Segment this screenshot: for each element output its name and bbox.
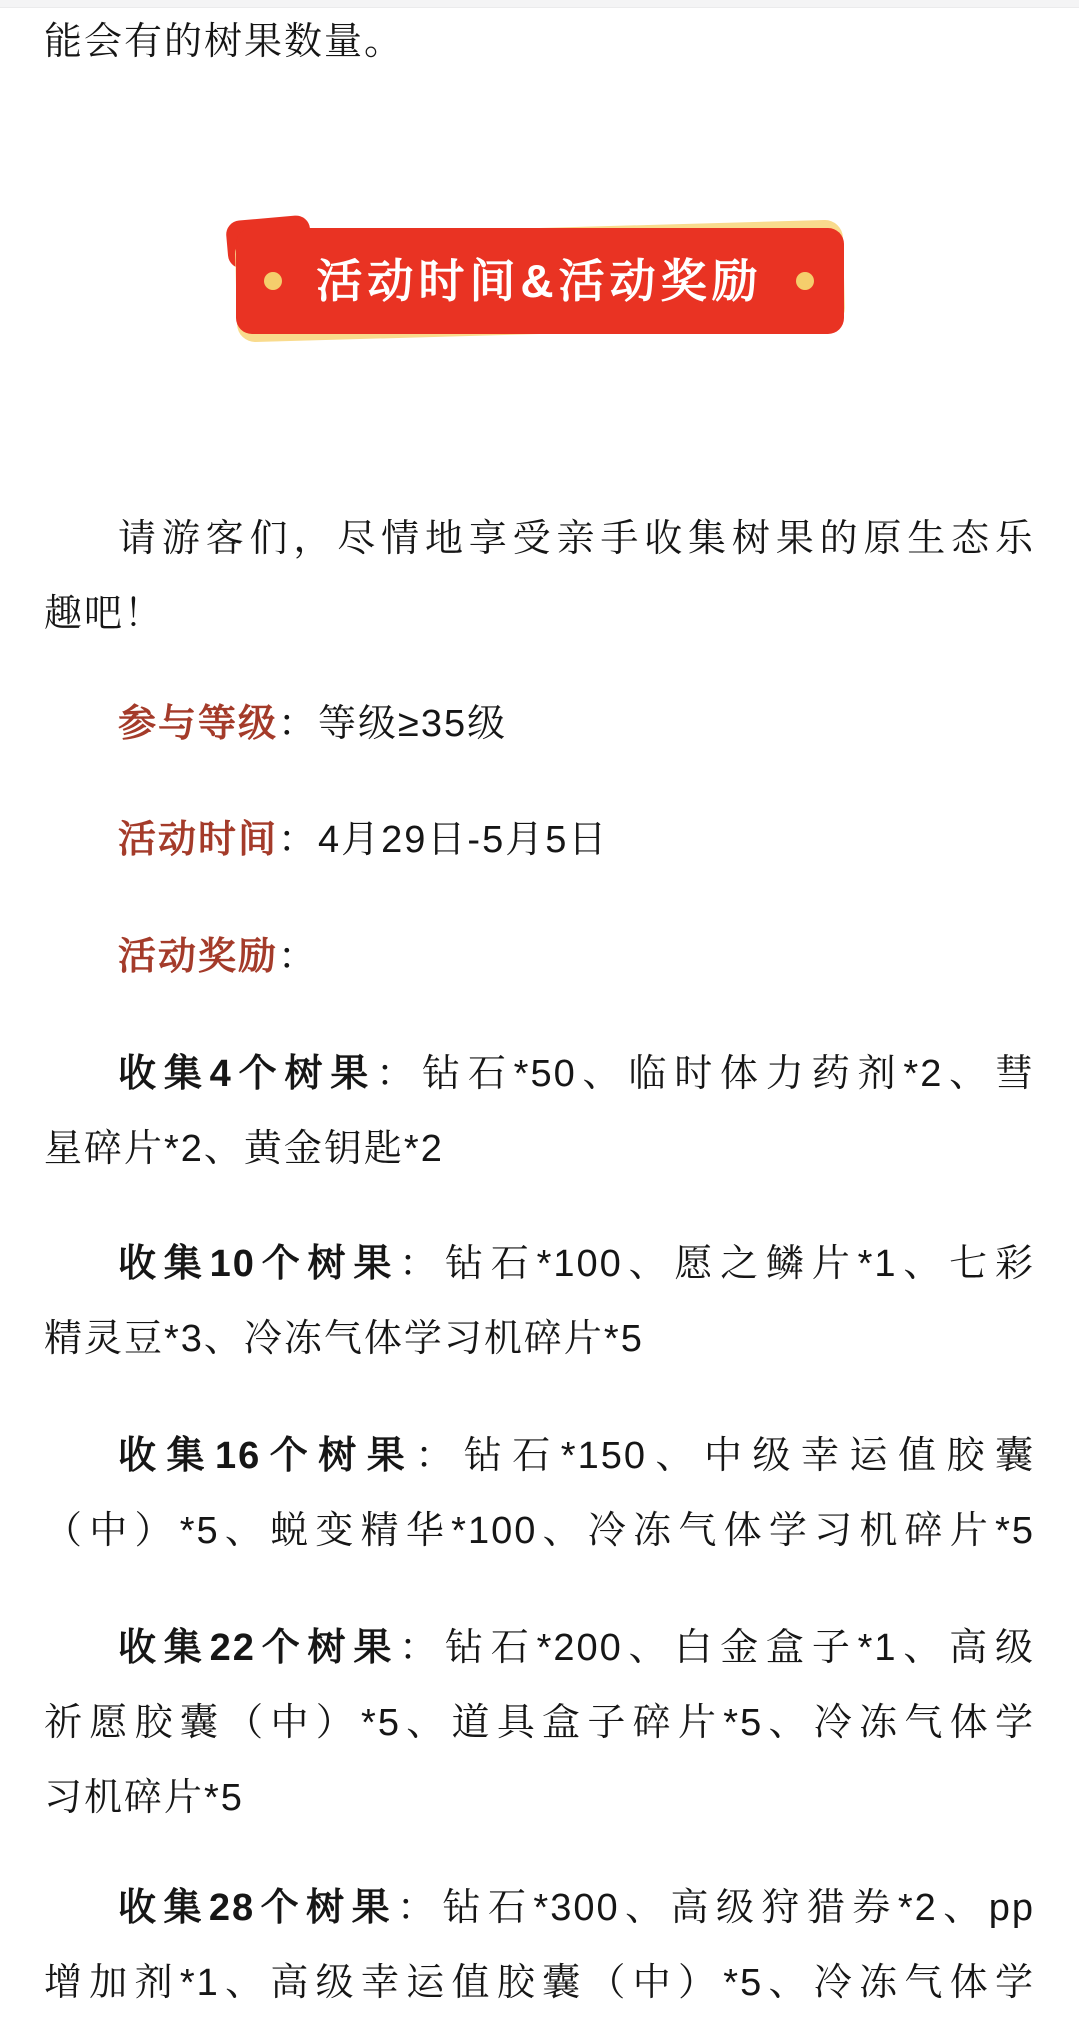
reward-tier-heading: 收集10个树果 [118, 1243, 399, 1285]
reward-tier-heading: 收集28个树果 [118, 1887, 397, 1929]
banner-dot-right-icon [796, 272, 814, 290]
article-page: 能会有的树果数量。 活动时间&活动奖励 请游客们，尽情地享受亲手收集树果的原生态… [0, 0, 1079, 2021]
section-banner-title: 活动时间&活动奖励 [316, 258, 762, 304]
section-banner-plate: 活动时间&活动奖励 [236, 228, 844, 334]
reward-line: 增加剂*1、高级幸运值胶囊（中）*5、冷冻气体学 [44, 1946, 1035, 2021]
reward-line-text: ：钻石*200、白金盒子*1、高级 [399, 1627, 1035, 1669]
info-row-event-rewards: 活动奖励： [44, 920, 1035, 995]
reward-line: 收集28个树果：钻石*300、高级狩猎券*2、pp [44, 1871, 1035, 1946]
reward-line: 收集16个树果：钻石*150、中级幸运值胶囊 [44, 1419, 1035, 1494]
reward-tier-heading: 收集16个树果 [118, 1435, 415, 1477]
reward-line-text: ：钻石*100、愿之鳞片*1、七彩 [399, 1243, 1035, 1285]
reward-line: 收集10个树果：钻石*100、愿之鳞片*1、七彩 [44, 1227, 1035, 1302]
overflow-text-line: 能会有的树果数量。 [44, 8, 1035, 76]
reward-tier-16-paragraph: 收集16个树果：钻石*150、中级幸运值胶囊 （中）*5、蜕变精华*100、冷冻… [44, 1419, 1035, 1569]
reward-tier-heading: 收集4个树果 [118, 1053, 376, 1095]
info-label: 活动时间 [118, 819, 278, 861]
reward-tier-heading: 收集22个树果 [118, 1627, 399, 1669]
reward-line: 习机碎片*5 [44, 1761, 1035, 1836]
reward-line: 精灵豆*3、冷冻气体学习机碎片*5 [44, 1302, 1035, 1377]
info-colon: ： [278, 936, 318, 978]
reward-line: 收集4个树果：钻石*50、临时体力药剂*2、彗 [44, 1037, 1035, 1112]
reward-tier-4-paragraph: 收集4个树果：钻石*50、临时体力药剂*2、彗 星碎片*2、黄金钥匙*2 [44, 1037, 1035, 1187]
reward-line: 星碎片*2、黄金钥匙*2 [44, 1112, 1035, 1187]
reward-line-text: ：钻石*50、临时体力药剂*2、彗 [376, 1053, 1035, 1095]
info-row-participation-level: 参与等级：等级≥35级 [44, 687, 1035, 762]
info-label: 活动奖励 [118, 936, 278, 978]
intro-line: 趣吧！ [44, 577, 1035, 652]
reward-tier-10-paragraph: 收集10个树果：钻石*100、愿之鳞片*1、七彩 精灵豆*3、冷冻气体学习机碎片… [44, 1227, 1035, 1377]
intro-paragraph: 请游客们，尽情地享受亲手收集树果的原生态乐 趣吧！ [44, 502, 1035, 652]
banner-dot-left-icon [264, 272, 282, 290]
reward-line-text: ：钻石*150、中级幸运值胶囊 [415, 1435, 1035, 1477]
info-colon: ： [278, 703, 318, 745]
top-divider [0, 0, 1079, 8]
article-content: 能会有的树果数量。 活动时间&活动奖励 请游客们，尽情地享受亲手收集树果的原生态… [0, 8, 1079, 2021]
reward-tier-22-paragraph: 收集22个树果：钻石*200、白金盒子*1、高级 祈愿胶囊（中）*5、道具盒子碎… [44, 1611, 1035, 1836]
intro-line: 请游客们，尽情地享受亲手收集树果的原生态乐 [44, 502, 1035, 577]
reward-line-text: ：钻石*300、高级狩猎券*2、pp [397, 1887, 1035, 1929]
reward-line: （中）*5、蜕变精华*100、冷冻气体学习机碎片*5 [44, 1494, 1035, 1569]
reward-line: 祈愿胶囊（中）*5、道具盒子碎片*5、冷冻气体学 [44, 1686, 1035, 1761]
section-banner: 活动时间&活动奖励 [236, 228, 844, 334]
info-label: 参与等级 [118, 703, 278, 745]
info-row-event-time: 活动时间：4月29日-5月5日 [44, 803, 1035, 878]
info-colon: ： [278, 819, 318, 861]
reward-line: 收集22个树果：钻石*200、白金盒子*1、高级 [44, 1611, 1035, 1686]
info-value: 4月29日-5月5日 [318, 819, 608, 861]
info-value: 等级≥35级 [318, 703, 507, 745]
reward-tier-28-paragraph: 收集28个树果：钻石*300、高级狩猎券*2、pp 增加剂*1、高级幸运值胶囊（… [44, 1871, 1035, 2021]
